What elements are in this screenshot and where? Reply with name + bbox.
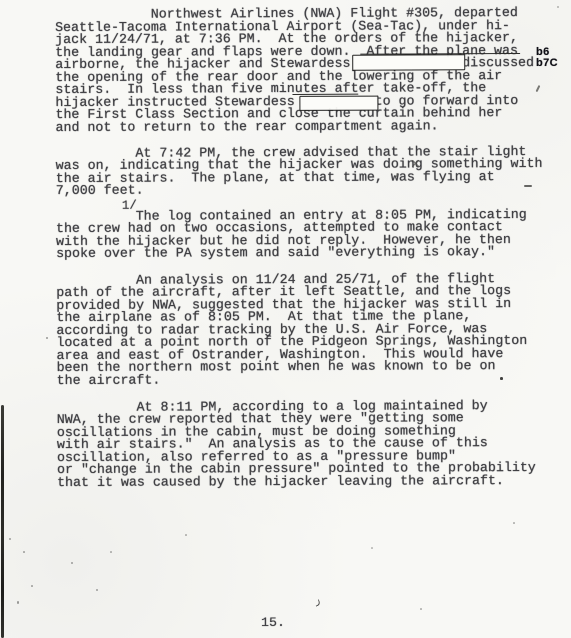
paragraph-1: Northwest Airlines (NWA) Flight #305, de…	[55, 7, 534, 135]
paragraph-2: At 7:42 PM, the crew advised that the st…	[56, 145, 543, 197]
stray-pen-mark	[393, 173, 400, 177]
paragraph-4: An analysis on 11/24 and 25/71, of the f…	[56, 272, 527, 387]
scan-speck	[420, 608, 422, 610]
scan-speck	[371, 547, 373, 549]
text-line: spoke over the PA system and said "every…	[56, 246, 527, 261]
scan-speck	[185, 534, 187, 536]
stray-pen-mark	[500, 377, 503, 380]
stray-pen-mark	[524, 185, 532, 187]
scan-speck	[110, 551, 112, 553]
scan-speck	[557, 6, 559, 8]
foia-code-b7c: b7C	[536, 58, 558, 69]
scan-speck	[31, 585, 33, 587]
scan-speck	[17, 601, 19, 604]
scan-speck	[71, 562, 73, 564]
scan-speck	[46, 337, 48, 339]
stray-pen-mark	[412, 160, 419, 167]
text-line: 7,000 feet.	[56, 183, 543, 198]
paragraph-3: The log contained an entry at 8:05 PM, i…	[56, 208, 527, 260]
page-number: 15.	[261, 615, 285, 630]
scan-edge-artifact	[1, 405, 4, 638]
redaction-box-1	[352, 54, 465, 70]
text-line: the aircraft.	[57, 373, 528, 388]
text-line: and not to return to the rear compartmen…	[55, 120, 534, 135]
scan-speck	[23, 551, 25, 553]
scan-speck	[9, 538, 11, 540]
scan-speck	[96, 589, 98, 591]
text-line: that it was caused by the hijacker leavi…	[57, 475, 536, 490]
scan-speck	[513, 522, 515, 524]
foia-exemption-codes: b6 b7C	[536, 47, 558, 69]
paragraph-5: At 8:11 PM, according to a log maintaine…	[57, 399, 536, 489]
footnote-reference-mark: 1/	[122, 199, 137, 213]
redaction-box-2	[299, 95, 378, 110]
document-page: Northwest Airlines (NWA) Flight #305, de…	[0, 0, 571, 638]
document-body: Northwest Airlines (NWA) Flight #305, de…	[0, 0, 571, 638]
